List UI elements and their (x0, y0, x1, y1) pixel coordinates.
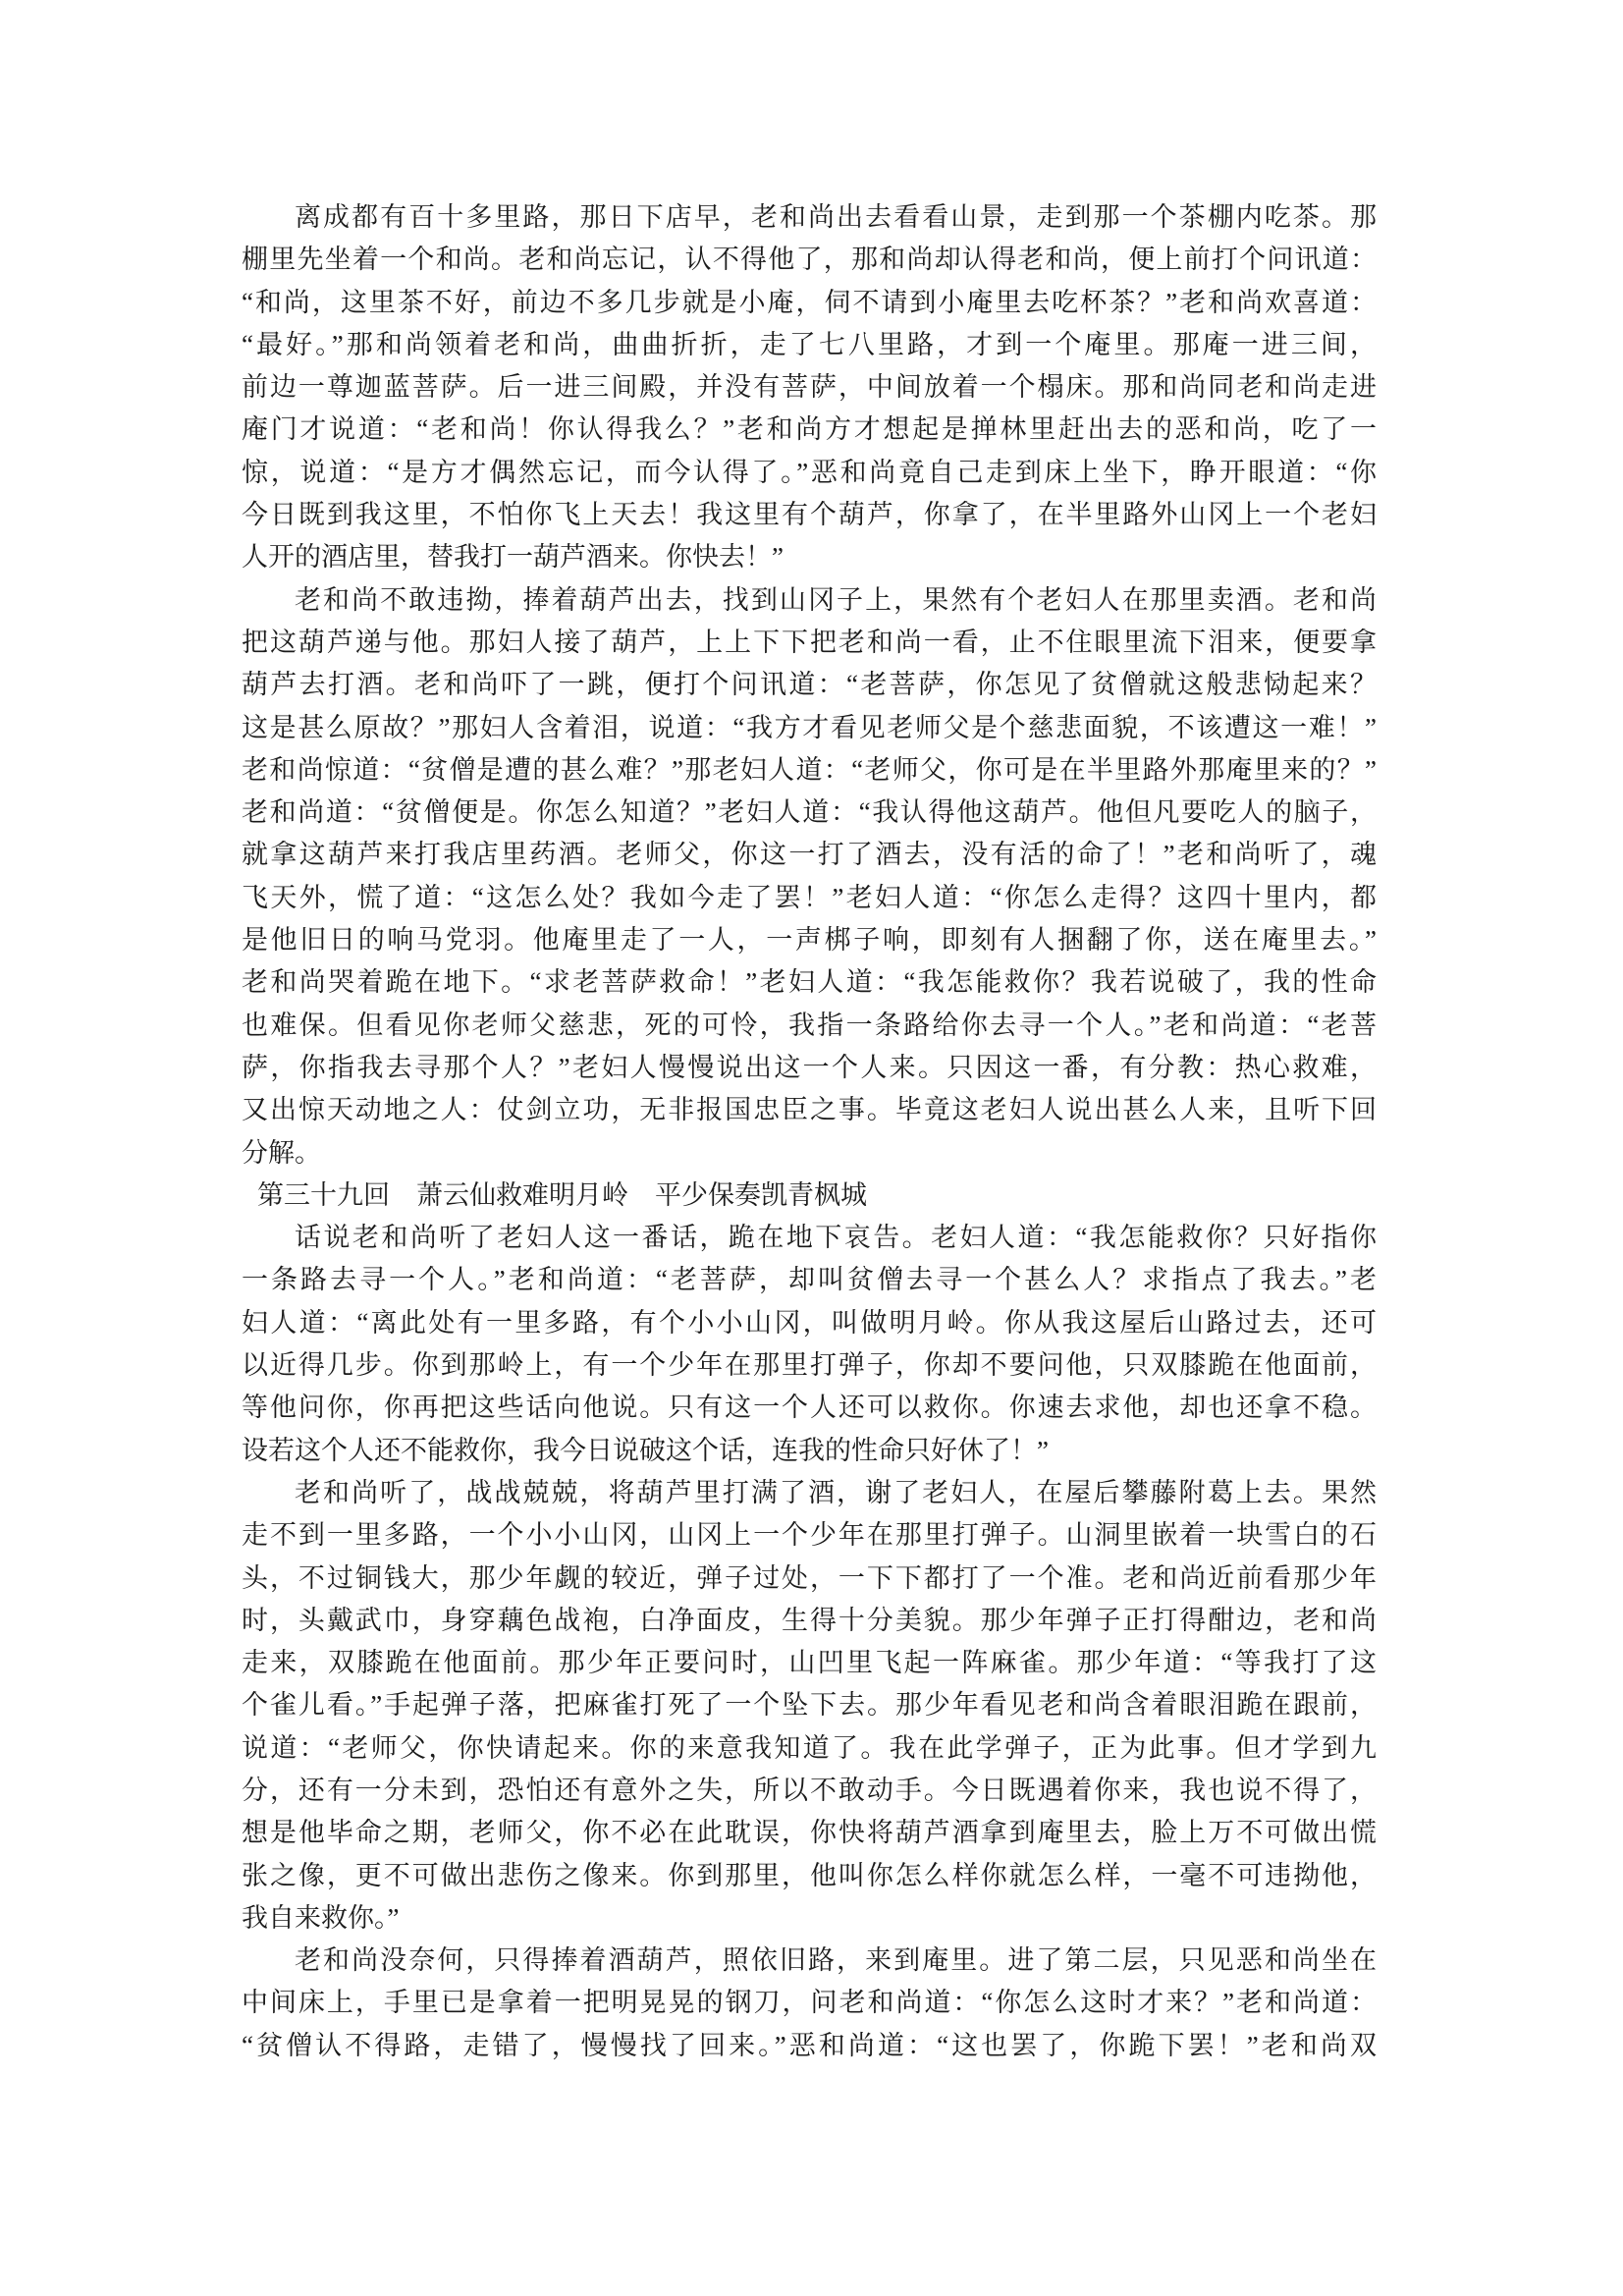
text-line: 老和尚哭着跪在地下。“求老菩萨救命！”老妇人道：“我怎能救你？我若说破了，我的性… (242, 961, 1377, 1004)
text-line: “最好。”那和尚领着老和尚，曲曲折折，走了七八里路，才到一个庵里。那庵一进三间， (242, 324, 1377, 366)
text-line: 分，还有一分未到，恐怕还有意外之失，所以不敢动手。今日既遇着你来，我也说不得了， (242, 1770, 1377, 1812)
paragraph: 老和尚不敢违拗，捧着葫芦出去，找到山冈子上，果然有个老妇人在那里卖酒。老和尚 把… (242, 579, 1377, 1175)
text-line: 老和尚道：“贫僧便是。你怎么知道？”老妇人道：“我认得他这葫芦。他但凡要吃人的脑… (242, 792, 1377, 834)
text-line: 老和尚惊道：“贫僧是遭的甚么难？”那老妇人道：“老师父，你可是在半里路外那庵里来… (242, 749, 1377, 792)
text-line: 人开的酒店里，替我打一葫芦酒来。你快去！” (242, 536, 1377, 578)
text-line: 把这葫芦递与他。那妇人接了葫芦，上上下下把老和尚一看，止不住眼里流下泪来，便要拿 (242, 622, 1377, 664)
text-line: 走不到一里多路，一个小小山冈，山冈上一个少年在那里打弹子。山洞里嵌着一块雪白的石 (242, 1514, 1377, 1557)
text-line: 以近得几步。你到那岭上，有一个少年在那里打弹子，你却不要问他，只双膝跪在他面前， (242, 1344, 1377, 1387)
text-line: 萨，你指我去寻那个人？”老妇人慢慢说出这一个人来。只因这一番，有分教：热心救难， (242, 1047, 1377, 1089)
text-line: 惊，说道：“是方才偶然忘记，而今认得了。”恶和尚竟自己走到床上坐下，睁开眼道：“… (242, 452, 1377, 494)
paragraph: 老和尚听了，战战兢兢，将葫芦里打满了酒，谢了老妇人，在屋后攀藤附葛上去。果然 走… (242, 1472, 1377, 1940)
text-block: 离成都有百十多里路，那日下店早，老和尚出去看看山景，走到那一个茶棚内吃茶。那 棚… (242, 196, 1377, 2067)
text-line: 张之像，更不可做出悲伤之像来。你到那里，他叫你怎么样你就怎么样，一毫不可违拗他， (242, 1855, 1377, 1897)
text-line: 是他旧日的响马党羽。他庵里走了一人，一声梆子响，即刻有人捆翻了你，送在庵里去。” (242, 919, 1377, 961)
text-line: 走来，双膝跪在他面前。那少年正要问时，山凹里飞起一阵麻雀。那少年道：“等我打了这 (242, 1642, 1377, 1684)
text-line: 今日既到我这里，不怕你飞上天去！我这里有个葫芦，你拿了，在半里路外山冈上一个老妇 (242, 494, 1377, 536)
chapter-heading-row: 第三十九回 萧云仙救难明月岭 平少保奏凯青枫城 (242, 1175, 1377, 1217)
text-line: 前边一尊迦蓝菩萨。后一进三间殿，并没有菩萨，中间放着一个榻床。那和尚同老和尚走进 (242, 366, 1377, 409)
text-line: 话说老和尚听了老妇人这一番话，跪在地下哀告。老妇人道：“我怎能救你？只好指你 (242, 1217, 1377, 1259)
text-line: 妇人道：“离此处有一里多路，有个小小山冈，叫做明月岭。你从我这屋后山路过去，还可 (242, 1302, 1377, 1344)
text-line: 这是甚么原故？”那妇人含着泪，说道：“我方才看见老师父是个慈悲面貌，不该遭这一难… (242, 707, 1377, 749)
text-line: “和尚，这里茶不好，前边不多几步就是小庵，伺不请到小庵里去吃杯茶？”老和尚欢喜道… (242, 282, 1377, 324)
text-line: 离成都有百十多里路，那日下店早，老和尚出去看看山景，走到那一个茶棚内吃茶。那 (242, 196, 1377, 239)
text-line: 也难保。但看见你老师父慈悲，死的可怜，我指一条路给你去寻一个人。”老和尚道：“老… (242, 1005, 1377, 1047)
text-line: 分解。 (242, 1132, 1377, 1175)
chapter-heading: 第三十九回 萧云仙救难明月岭 平少保奏凯青枫城 (242, 1175, 1377, 1217)
text-line: 中间床上，手里已是拿着一把明晃晃的钢刀，问老和尚道：“你怎么这时才来？”老和尚道… (242, 1982, 1377, 2024)
text-line: 设若这个人还不能救你，我今日说破这个话，连我的性命只好休了！” (242, 1430, 1377, 1472)
text-line: 老和尚不敢违拗，捧着葫芦出去，找到山冈子上，果然有个老妇人在那里卖酒。老和尚 (242, 579, 1377, 622)
paragraph: 老和尚没奈何，只得捧着酒葫芦，照依旧路，来到庵里。进了第二层，只见恶和尚坐在 中… (242, 1940, 1377, 2067)
text-line: 时，头戴武巾，身穿藕色战袍，白净面皮，生得十分美貌。那少年弹子正打得酣边，老和尚 (242, 1600, 1377, 1642)
text-line: 想是他毕命之期，老师父，你不必在此耽误，你快将葫芦酒拿到庵里去，脸上万不可做出慌 (242, 1812, 1377, 1854)
text-line: 等他问你，你再把这些话向他说。只有这一个人还可以救你。你速去求他，却也还拿不稳。 (242, 1387, 1377, 1429)
paragraph: 话说老和尚听了老妇人这一番话，跪在地下哀告。老妇人道：“我怎能救你？只好指你 一… (242, 1217, 1377, 1472)
text-line: 说道：“老师父，你快请起来。你的来意我知道了。我在此学弹子，正为此事。但才学到九 (242, 1727, 1377, 1770)
text-line: 老和尚没奈何，只得捧着酒葫芦，照依旧路，来到庵里。进了第二层，只见恶和尚坐在 (242, 1940, 1377, 1982)
text-line: 庵门才说道：“老和尚！你认得我么？”老和尚方才想起是掸林里赶出去的恶和尚，吃了一 (242, 409, 1377, 451)
document-page: 离成都有百十多里路，那日下店早，老和尚出去看看山景，走到那一个茶棚内吃茶。那 棚… (0, 0, 1623, 2296)
paragraph: 离成都有百十多里路，那日下店早，老和尚出去看看山景，走到那一个茶棚内吃茶。那 棚… (242, 196, 1377, 579)
text-line: 葫芦去打酒。老和尚吓了一跳，便打个问讯道：“老菩萨，你怎见了贫僧就这般悲恸起来？ (242, 664, 1377, 706)
text-line: 老和尚听了，战战兢兢，将葫芦里打满了酒，谢了老妇人，在屋后攀藤附葛上去。果然 (242, 1472, 1377, 1514)
text-line: 一条路去寻一个人。”老和尚道：“老菩萨，却叫贫僧去寻一个甚么人？求指点了我去。”… (242, 1259, 1377, 1301)
text-line: 个雀儿看。”手起弹子落，把麻雀打死了一个坠下去。那少年看见老和尚含着眼泪跪在跟前… (242, 1684, 1377, 1726)
text-line: “贫僧认不得路，走错了，慢慢找了回来。”恶和尚道：“这也罢了，你跪下罢！”老和尚… (242, 2025, 1377, 2067)
text-line: 又出惊天动地之人：仗剑立功，无非报国忠臣之事。毕竟这老妇人说出甚么人来，且听下回 (242, 1089, 1377, 1131)
text-line: 我自来救你。” (242, 1897, 1377, 1940)
text-line: 棚里先坐着一个和尚。老和尚忘记，认不得他了，那和尚却认得老和尚，便上前打个问讯道… (242, 239, 1377, 281)
text-line: 飞天外，慌了道：“这怎么处？我如今走了罢！”老妇人道：“你怎么走得？这四十里内，… (242, 877, 1377, 919)
text-line: 头，不过铜钱大，那少年觑的较近，弹子过处，一下下都打了一个准。老和尚近前看那少年 (242, 1558, 1377, 1600)
text-line: 就拿这葫芦来打我店里药酒。老师父，你这一打了酒去，没有活的命了！”老和尚听了，魂 (242, 834, 1377, 876)
